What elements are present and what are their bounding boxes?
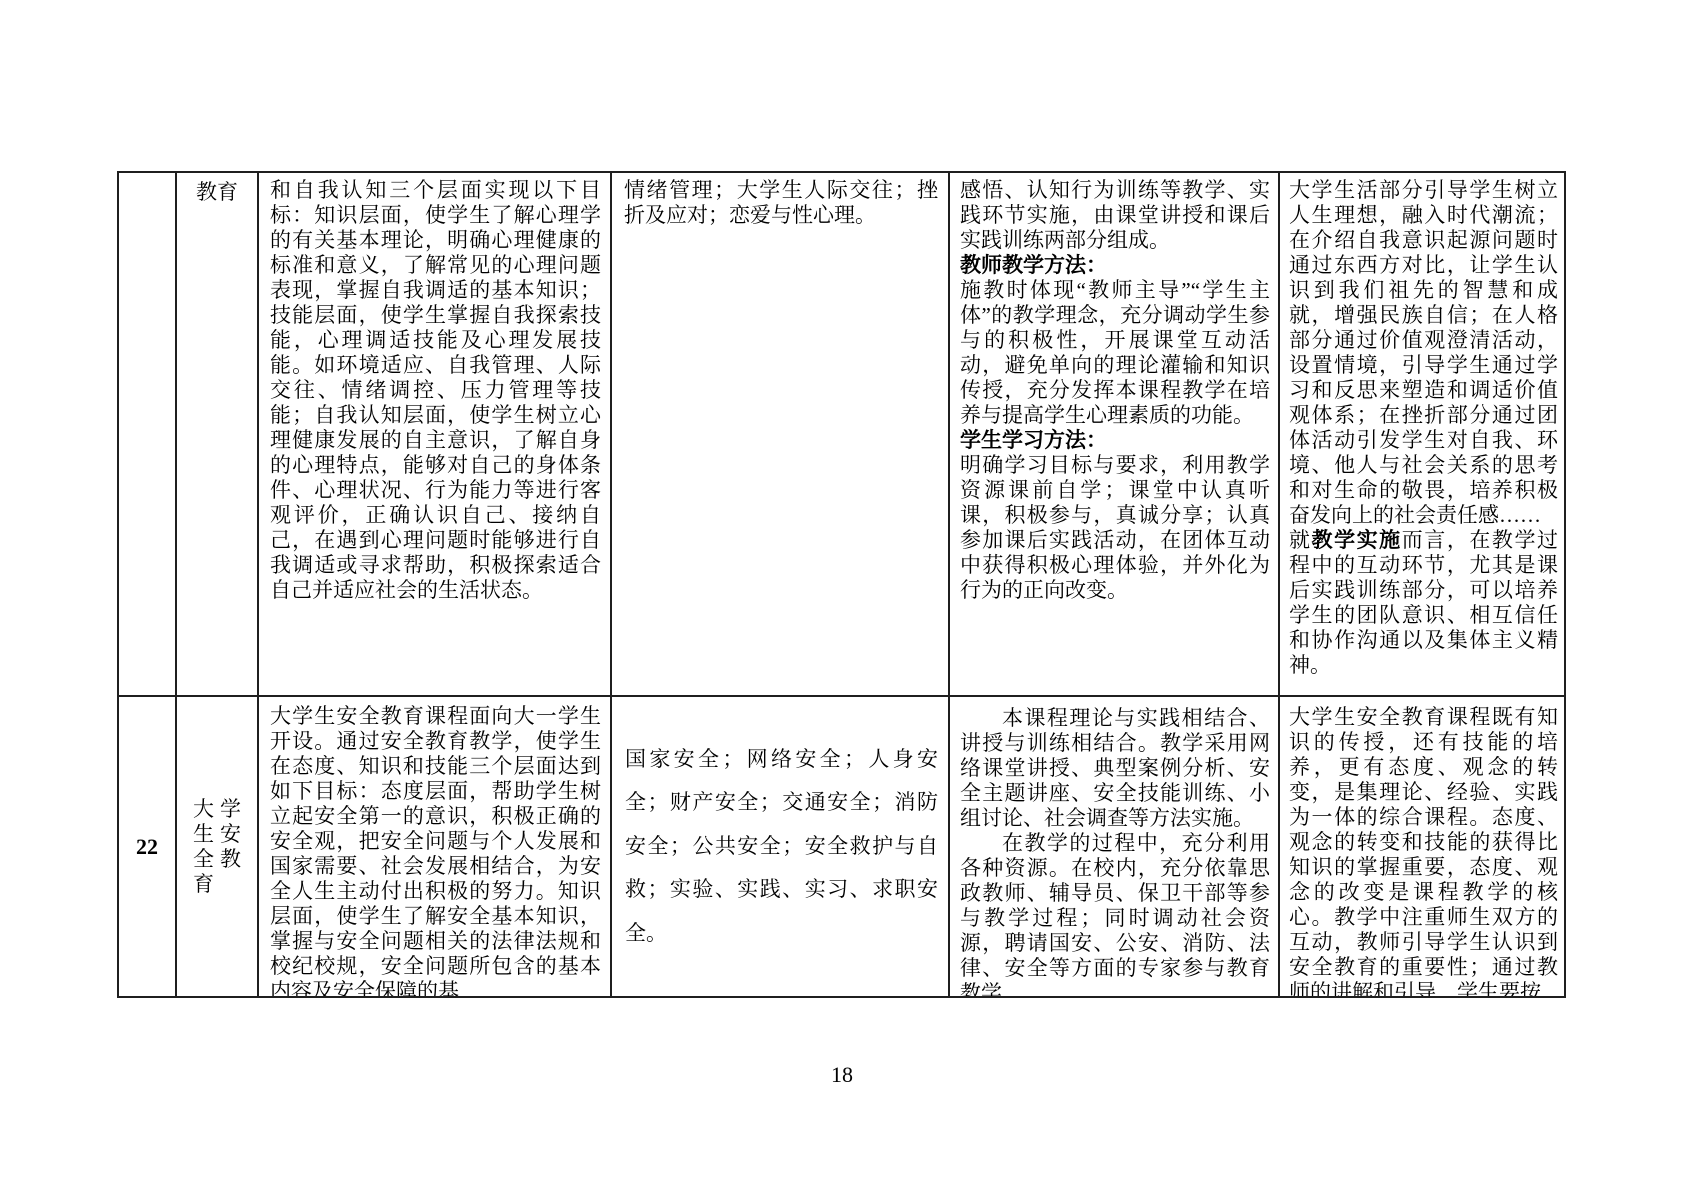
- course-topics-text: 情绪管理；大学生人际交往；挫折及应对；恋爱与性心理。: [624, 178, 938, 228]
- document-page: 教育 和自我认知三个层面实现以下目标：知识层面，使学生了解心理学的有关基本理论，…: [0, 0, 1684, 1191]
- student-methods-heading: 学生学习方法：: [960, 428, 1270, 453]
- notes-paragraph-2: 就教学实施而言，在教学过程中的互动环节，尤其是课后实践训练部分，可以培养学生的团…: [1289, 528, 1558, 678]
- course-name-line: 育: [193, 872, 241, 897]
- course-description-cell: 大学生安全教育课程面向大一学生开设。通过安全教育教学，使学生在态度、知识和技能三…: [259, 697, 612, 996]
- student-methods-text: 明确学习目标与要求，利用教学资源课前自学；课堂中认真听课，积极参与，真诚分享；认…: [960, 453, 1270, 603]
- teaching-methods-cell: 感悟、认知行为训练等教学、实践环节实施，由课堂讲授和课后实践训练两部分组成。 教…: [950, 173, 1280, 697]
- methods-intro-text: 感悟、认知行为训练等教学、实践环节实施，由课堂讲授和课后实践训练两部分组成。: [960, 178, 1270, 253]
- course-topics-text: 国家安全；网络安全；人身安全；财产安全；交通安全；消防安全；公共安全；安全救护与…: [625, 738, 938, 956]
- notes-prefix: 就: [1289, 528, 1312, 552]
- teacher-methods-text: 施教时体现“教师主导”“学生主体”的教学理念，充分调动学生参与的积极性，开展课堂…: [960, 278, 1270, 428]
- teaching-methods-cell: 本课程理论与实践相结合、讲授与训练相结合。教学采用网络课堂讲授、典型案例分析、安…: [950, 697, 1280, 996]
- course-name-cell: 教育: [177, 173, 259, 697]
- teacher-methods-heading: 教师教学方法：: [960, 253, 1270, 278]
- course-notes-cell: 大学生安全教育课程既有知识的传授，还有技能的培养，更有态度、观念的转变，是集理论…: [1280, 697, 1564, 996]
- row-number-cell: [119, 173, 177, 697]
- page-number: 18: [0, 1062, 1684, 1088]
- course-topics-cell: 情绪管理；大学生人际交往；挫折及应对；恋爱与性心理。: [612, 173, 950, 697]
- course-name-line: 大学: [193, 797, 241, 822]
- course-description-text: 大学生安全教育课程面向大一学生开设。通过安全教育教学，使学生在态度、知识和技能三…: [270, 704, 601, 996]
- course-notes-cell: 大学生活部分引导学生树立人生理想，融入时代潮流；在介绍自我意识起源问题时通过东西…: [1280, 173, 1564, 697]
- methods-paragraph-2: 在教学的过程中，充分利用各种资源。在校内，充分依靠思政教师、辅导员、保卫干部等参…: [960, 831, 1270, 996]
- methods-paragraph-1: 本课程理论与实践相结合、讲授与训练相结合。教学采用网络课堂讲授、典型案例分析、安…: [960, 706, 1270, 831]
- notes-paragraph-1: 大学生活部分引导学生树立人生理想，融入时代潮流；在介绍自我意识起源问题时通过东西…: [1289, 178, 1558, 528]
- row-number-text: 22: [136, 834, 158, 859]
- course-topics-cell: 国家安全；网络安全；人身安全；财产安全；交通安全；消防安全；公共安全；安全救护与…: [612, 697, 950, 996]
- course-name-line: 生安: [193, 822, 241, 847]
- course-description-text: 和自我认知三个层面实现以下目标：知识层面，使学生了解心理学的有关基本理论，明确心…: [270, 178, 601, 603]
- course-table: 教育 和自我认知三个层面实现以下目标：知识层面，使学生了解心理学的有关基本理论，…: [117, 171, 1566, 998]
- row-number-cell: 22: [119, 697, 177, 996]
- course-name-cell: 大学 生安 全教 育: [177, 697, 259, 996]
- course-name-block: 大学 生安 全教 育: [193, 797, 241, 897]
- course-name-line: 全教: [193, 847, 241, 872]
- course-name-text: 教育: [196, 180, 238, 204]
- notes-bold-term: 教学实施: [1312, 528, 1402, 552]
- notes-text: 大学生安全教育课程既有知识的传授，还有技能的培养，更有态度、观念的转变，是集理论…: [1289, 705, 1558, 996]
- course-description-cell: 和自我认知三个层面实现以下目标：知识层面，使学生了解心理学的有关基本理论，明确心…: [259, 173, 612, 697]
